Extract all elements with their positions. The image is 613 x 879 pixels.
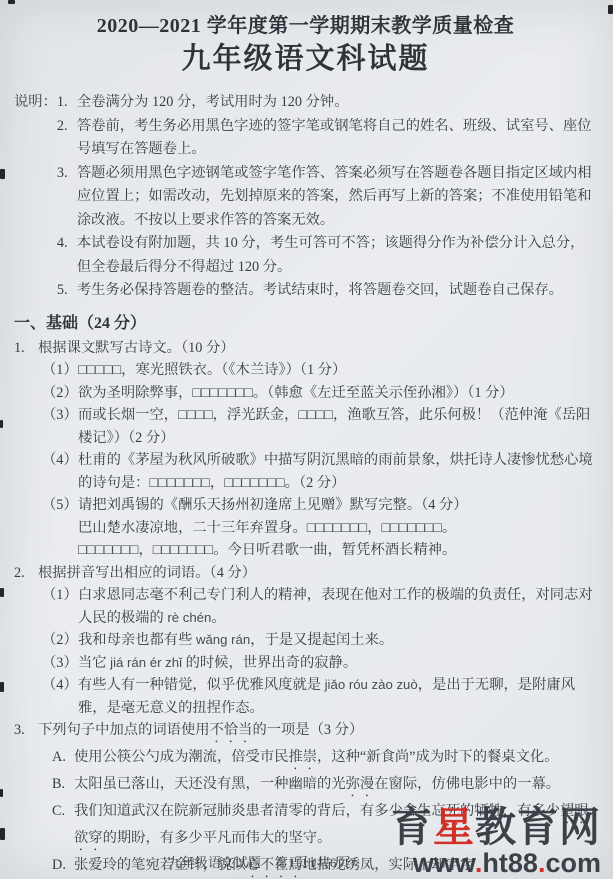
question-stem: 根据课文默写古诗文。（10 分） [38,337,597,360]
instruction-text: 全卷满分为 120 分，考试用时为 120 分钟。 [77,91,597,115]
q1-item-5: （5） 请把刘禹锡的《酬乐天扬州初逢席上见赠》默写完整。（4 分） 巴山楚水凄凉… [42,494,597,562]
instruction-number: 1. [57,91,77,115]
scan-artifact [0,828,5,840]
instruction-text: 答卷前，考生务必用黑色字迹的签字笔或钢笔将自己的姓名、班级、试室号、座位号填写在… [77,115,597,162]
q1-item-2: （2） 欲为圣明除弊事，□□□□□□□。（韩愈《左迁至蓝关示侄孙湘》）（1 分） [42,382,597,405]
question-number: 1. [14,337,38,562]
sub-item-text: 杜甫的《茅屋为秋风所破歌》中描写阴沉黑暗的雨前景象，烘托诗人凄惨忧愁心境的诗句是… [78,449,597,494]
watermark-site-name: 育星教育网 [391,806,601,848]
q2-item-4: （4） 有些人有一种错觉，似乎优雅风度就是 jiǎo róu zào zuò，是… [42,674,597,719]
sentence-text: ，这种“新食尚”成为时下的餐桌文化。 [317,749,558,765]
url-text: www [413,848,475,878]
scan-artifact [0,169,5,179]
section-heading-basics: 一、基础（24 分） [14,311,597,337]
sub-item-number: （3） [42,404,78,449]
sub-item-text: 而或长烟一空，□□□□，浮光跃金，□□□□，渔歌互答，此乐何极！（范仲淹《岳阳楼… [78,404,597,449]
emphasized-word: 不恰当 [210,722,253,738]
scan-artifact [8,0,15,4]
instruction-text: 答题必须用黑色字迹钢笔或签字笔作答、答案必须写在答题卷各题目指定区域内相应位置上… [77,162,597,233]
sub-item-number: （4） [42,674,78,719]
question-stem: 根据拼音写出相应的词语。（4 分） [38,562,597,585]
sub-item-number: （2） [42,382,78,405]
instruction-item: 2. 答卷前，考生务必用黑色字迹的签字笔或钢笔将自己的姓名、班级、试室号、座位号… [57,115,597,162]
poem-line: 巴山楚水凄凉地，二十三年弃置身。□□□□□□□，□□□□□□□。 [78,517,597,540]
question-1: 1. 根据课文默写古诗文。（10 分） （1） □□□□□，寒光照铁衣。（《木兰… [14,337,597,562]
q1-item-4: （4） 杜甫的《茅屋为秋风所破歌》中描写阴沉黑暗的雨前景象，烘托诗人凄惨忧愁心境… [42,449,597,494]
sub-item-text: 当它 jiá rán ér zhǐ 的时候，世界出奇的寂静。 [78,652,597,675]
instruction-text: 考生务必保持答题卷的整洁。考试结束时，将答题卷交回，试题卷自己保存。 [77,279,597,303]
sentence-text: ，于是又提起闰土来。 [250,632,393,648]
q2-item-2: （2） 我和母亲也都有些 wǎng rán，于是又提起闰土来。 [42,629,597,652]
sub-item-text: 白求恩同志毫不利己专门利人的精神，表现在他对工作的极端的负责任，对同志对人民的极… [78,584,597,629]
sub-item-number: （5） [42,494,78,562]
instruction-number: 3. [57,162,77,233]
option-text: 使用公筷公勺成为潮流，倍受市民推崇，这种“新食尚”成为时下的餐桌文化。 [74,746,597,773]
stem-text: 的一项是（3 分） [252,722,363,738]
instruction-number: 2. [57,115,77,162]
pinyin-text: jiá rán ér zhǐ [110,655,182,670]
poem-line: □□□□□□□，□□□□□□□。今日听君歌一曲，暂凭杯酒长精神。 [78,539,597,562]
q1-item-1: （1） □□□□□，寒光照铁衣。（《木兰诗》）（1 分） [42,359,597,382]
sub-item-text: 我和母亲也都有些 wǎng rán，于是又提起闰土来。 [78,629,597,652]
watermark-text: 育 [391,804,433,850]
question-2: 2. 根据拼音写出相应的词语。（4 分） （1） 白求恩同志毫不利己专门利人的精… [14,562,597,720]
sub-item-number: （2） [42,629,78,652]
exam-paper-page: 2020—2021 学年度第一学期期末教学质量检查 九年级语文科试题 说明： 1… [0,0,613,879]
sub-item-number: （1） [42,359,78,382]
instruction-item: 1. 全卷满分为 120 分，考试用时为 120 分钟。 [57,91,597,115]
pinyin-text: jiǎo róu zào zuò [325,677,418,692]
stem-text: 下列句子中加点的词语使用 [38,722,210,738]
sub-item-number: （1） [42,584,78,629]
option-a: A. 使用公筷公勺成为潮流，倍受市民推崇，这种“新食尚”成为时下的餐桌文化。 [52,746,597,773]
sentence-text: 当它 [78,655,110,671]
question-stem: 下列句子中加点的词语使用不恰当的一项是（3 分） [38,719,597,746]
sub-item-number: （4） [42,449,78,494]
question-body: 根据拼音写出相应的词语。（4 分） （1） 白求恩同志毫不利己专门利人的精神，表… [38,562,597,720]
q2-item-3: （3） 当它 jiá rán ér zhǐ 的时候，世界出奇的寂静。 [42,652,597,675]
sub-item-number: （3） [42,652,78,675]
sentence-text: 的期盼，有多少平凡而伟大的坚守。 [103,830,332,846]
q2-item-1: （1） 白求恩同志毫不利己专门利人的精神，表现在他对工作的极端的负责任，对同志对… [42,584,597,629]
sub-item-body: 请把刘禹锡的《酬乐天扬州初逢席上见赠》默写完整。（4 分） 巴山楚水凄凉地，二十… [78,494,597,562]
sub-item-text: 有些人有一种错觉，似乎优雅风度就是 jiǎo róu zào zuò，是出于无聊… [78,674,597,719]
pinyin-text: wǎng rán [196,632,250,647]
option-label: A. [52,746,74,773]
scan-artifact [0,420,3,428]
option-label: C. [52,800,74,854]
instruction-item: 5. 考生务必保持答题卷的整洁。考试结束时，将答题卷交回，试题卷自己保存。 [57,279,597,303]
instruction-item: 4. 本试卷设有附加题，共 10 分，考生可答可不答；该题得分作为补偿分计入总分… [57,232,597,279]
q1-item-3: （3） 而或长烟一空，□□□□，浮光跃金，□□□□，渔歌互答，此乐何极！（范仲淹… [42,404,597,449]
scan-artifact [0,588,4,597]
sentence-text: 的时候，世界出奇的寂静。 [182,655,357,671]
url-text: com [545,848,601,878]
sentence-text: 使用公筷公勺成为潮流，倍受市民 [74,749,288,765]
question-body: 根据课文默写古诗文。（10 分） （1） □□□□□，寒光照铁衣。（《木兰诗》）… [38,337,597,562]
instruction-item: 3. 答题必须用黑色字迹钢笔或签字笔作答、答案必须写在答题卷各题目指定区域内相应… [57,162,597,233]
watermark-text: 教育网 [475,804,601,850]
instructions-block: 说明： 1. 全卷满分为 120 分，考试用时为 120 分钟。 2. 答卷前，… [14,91,597,303]
watermark: 育星教育网 www.ht88.com [391,806,601,878]
sentence-text: 太阳虽已落山，天还没有黑，一种幽暗的光 [74,776,346,792]
sentence-text: 有些人有一种错觉，似乎优雅风度就是 [78,677,325,693]
sentence-text: 在窗际，仿佛电影中的一幕。 [374,776,560,792]
sub-item-text: 欲为圣明除弊事，□□□□□□□。（韩愈《左迁至蓝关示侄孙湘》）（1 分） [78,382,597,405]
pinyin-text: rè chén [167,610,211,625]
scan-artifact [608,5,613,14]
paper-title: 九年级语文科试题 [14,40,597,78]
scan-artifact [0,682,4,692]
sentence-text: 我和母亲也都有些 [78,632,196,648]
instructions-list: 1. 全卷满分为 120 分，考试用时为 120 分钟。 2. 答卷前，考生务必… [57,91,597,303]
instruction-number: 4. [57,232,77,279]
emphasized-word: 推崇 [288,749,317,765]
watermark-url: www.ht88.com [391,848,601,878]
option-text: 太阳虽已落山，天还没有黑，一种幽暗的光弥漫在窗际，仿佛电影中的一幕。 [74,773,597,800]
sentence-text: 白求恩同志毫不利己专门利人的精神，表现在他对工作的极端的负责任，对同志对人民的极… [78,587,593,626]
instruction-text: 本试卷设有附加题，共 10 分，考生可答可不答；该题得分作为补偿分计入总分，但全… [77,232,597,279]
option-label: B. [52,773,74,800]
url-text: ht88 [482,848,538,878]
option-b: B. 太阳虽已落山，天还没有黑，一种幽暗的光弥漫在窗际，仿佛电影中的一幕。 [52,773,597,800]
sentence-text: 。 [211,610,225,626]
scan-artifact [0,789,3,797]
exam-session-title: 2020—2021 学年度第一学期期末教学质量检查 [14,12,597,40]
sub-item-text: □□□□□，寒光照铁衣。（《木兰诗》）（1 分） [78,359,597,382]
instructions-label: 说明： [14,91,57,303]
emphasized-word: 弥漫 [346,776,375,792]
instruction-number: 5. [57,279,77,303]
question-number: 2. [14,562,38,720]
sub-item-text: 请把刘禹锡的《酬乐天扬州初逢席上见赠》默写完整。（4 分） [78,494,597,517]
watermark-star: 星 [433,804,475,850]
